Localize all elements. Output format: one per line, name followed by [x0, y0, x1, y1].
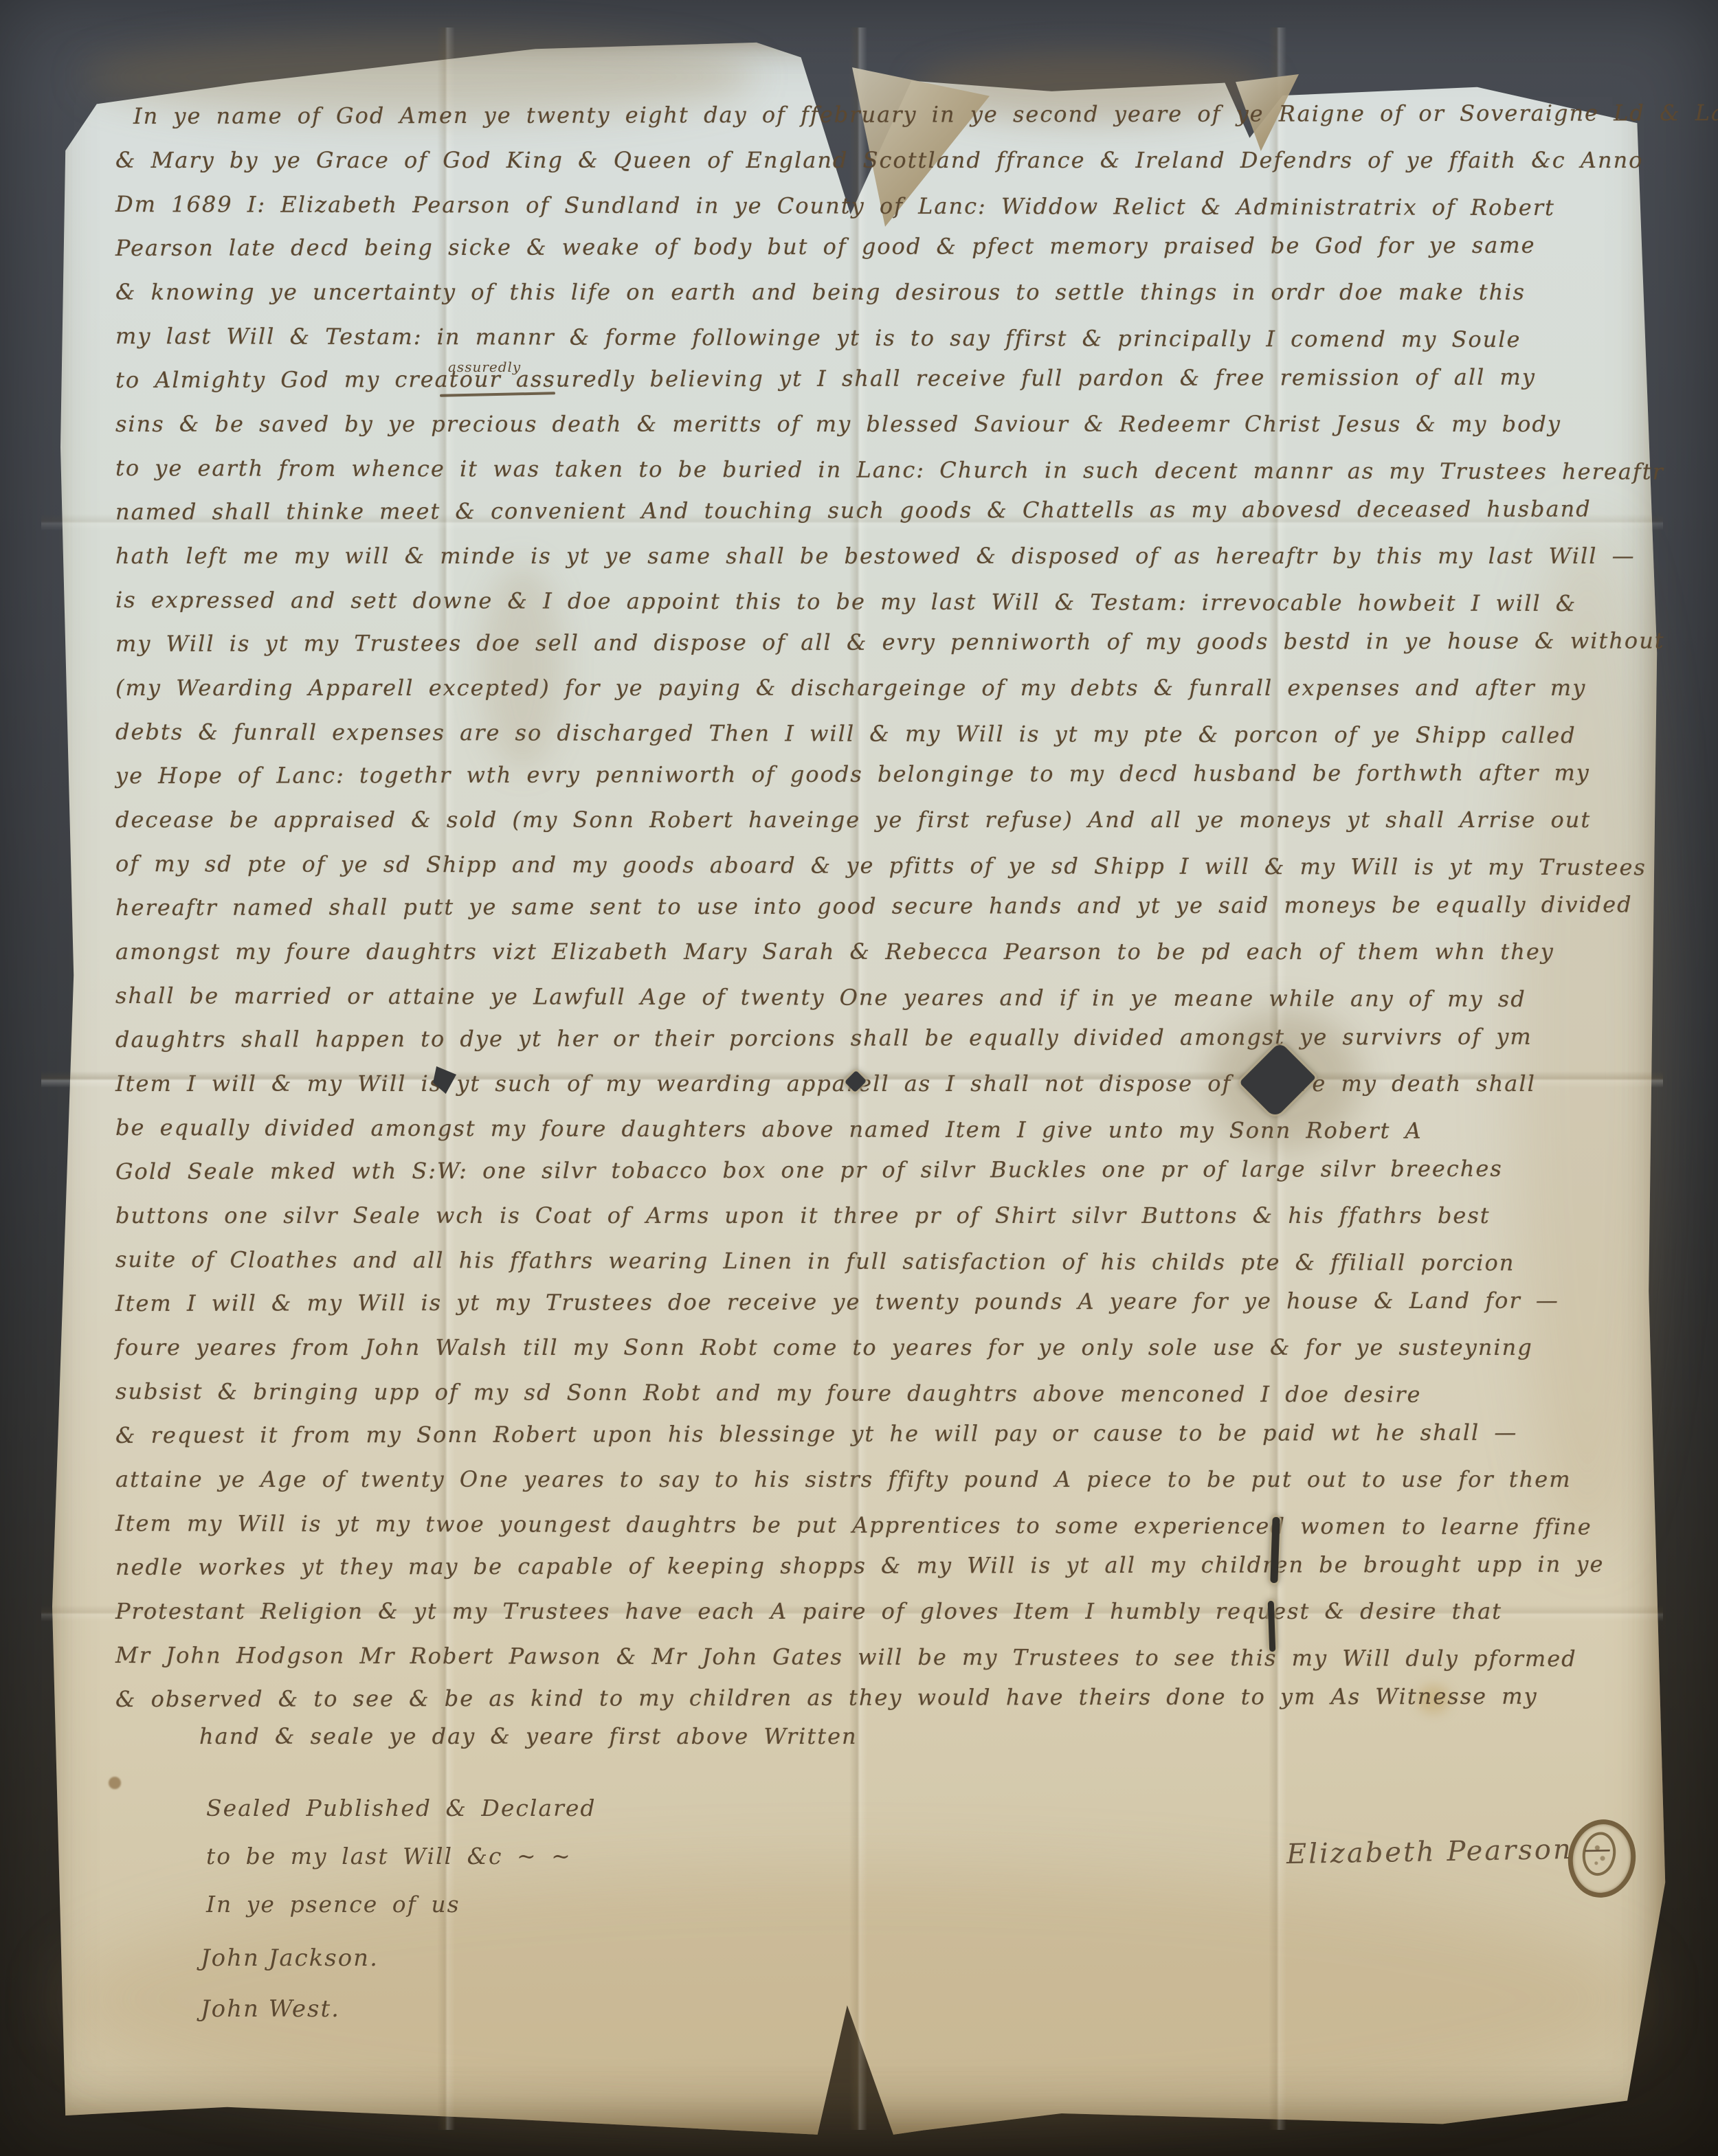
seal-inner-ring [1579, 1830, 1618, 1878]
testator-signature: Elizabeth Pearson — [1286, 1833, 1614, 1870]
witness-block: John Jackson.John West. [201, 1944, 379, 2046]
manuscript-line: Item I will & my Will is yt my Trustees … [115, 1287, 1655, 1334]
photo-background: In ye name of God Amen ye twenty eight d… [0, 0, 1718, 2156]
manuscript-line: sins & be saved by ye precious death & m… [115, 411, 1655, 455]
manuscript-line: & request it from my Sonn Robert upon hi… [115, 1419, 1655, 1466]
manuscript-line: named shall thinke meet & convenient And… [115, 495, 1655, 543]
manuscript-line: my Will is yt my Trustees doe sell and d… [115, 627, 1655, 675]
manuscript-line: attaine ye Age of twenty One yeares to s… [115, 1466, 1655, 1510]
manuscript-line: buttons one silvr Seale wch is Coat of A… [115, 1202, 1655, 1246]
attestation-line: to be my last Will &c ~ ~ [206, 1843, 596, 1891]
manuscript-line: & Mary by ye Grace of God King & Queen o… [115, 147, 1655, 191]
manuscript-line: Protestant Religion & yt my Trustees hav… [115, 1598, 1655, 1642]
manuscript-line: In ye name of God Amen ye twenty eight d… [115, 100, 1655, 147]
manuscript-final-line: hand & seale ye day & yeare first above … [199, 1723, 858, 1749]
interline-insertion: assuredly [448, 359, 521, 375]
manuscript-line: Item I will & my Will is yt such of my w… [115, 1070, 1655, 1114]
manuscript-line: daughtrs shall happen to dye yt her or t… [115, 1023, 1655, 1070]
manuscript-line: & knowing ye uncertainty of this life on… [115, 279, 1655, 323]
witness-signature: John Jackson. [201, 1944, 379, 1995]
manuscript-line: (my Wearding Apparell excepted) for ye p… [115, 675, 1655, 719]
attestation-line: In ye psence of us [206, 1891, 596, 1939]
manuscript-line: Pearson late decd being sicke & weake of… [115, 232, 1655, 279]
manuscript-line: Gold Seale mked wth S:W: one silvr tobac… [115, 1155, 1655, 1202]
manuscript-line: nedle workes yt they may be capable of k… [115, 1551, 1655, 1598]
manuscript-line: hereaftr named shall putt ye same sent t… [115, 891, 1655, 939]
manuscript-line: hath left me my will & minde is yt ye sa… [115, 543, 1655, 587]
attestation-block: Sealed Published & Declaredto be my last… [206, 1795, 596, 1939]
manuscript-line: foure yeares from John Walsh till my Son… [115, 1334, 1655, 1378]
manuscript-line: to Almighty God my creatour assuredly be… [115, 363, 1655, 411]
manuscript-line: ye Hope of Lanc: togethr wth evry penniw… [115, 759, 1655, 807]
attestation-line: Sealed Published & Declared [206, 1795, 596, 1843]
manuscript-body: In ye name of God Amen ye twenty eight d… [115, 103, 1655, 1730]
manuscript-line: amongst my foure daughtrs vizt Elizabeth… [115, 939, 1655, 982]
witness-signature: John West. [201, 1995, 379, 2046]
manuscript-line: decease be appraised & sold (my Sonn Rob… [115, 807, 1655, 851]
